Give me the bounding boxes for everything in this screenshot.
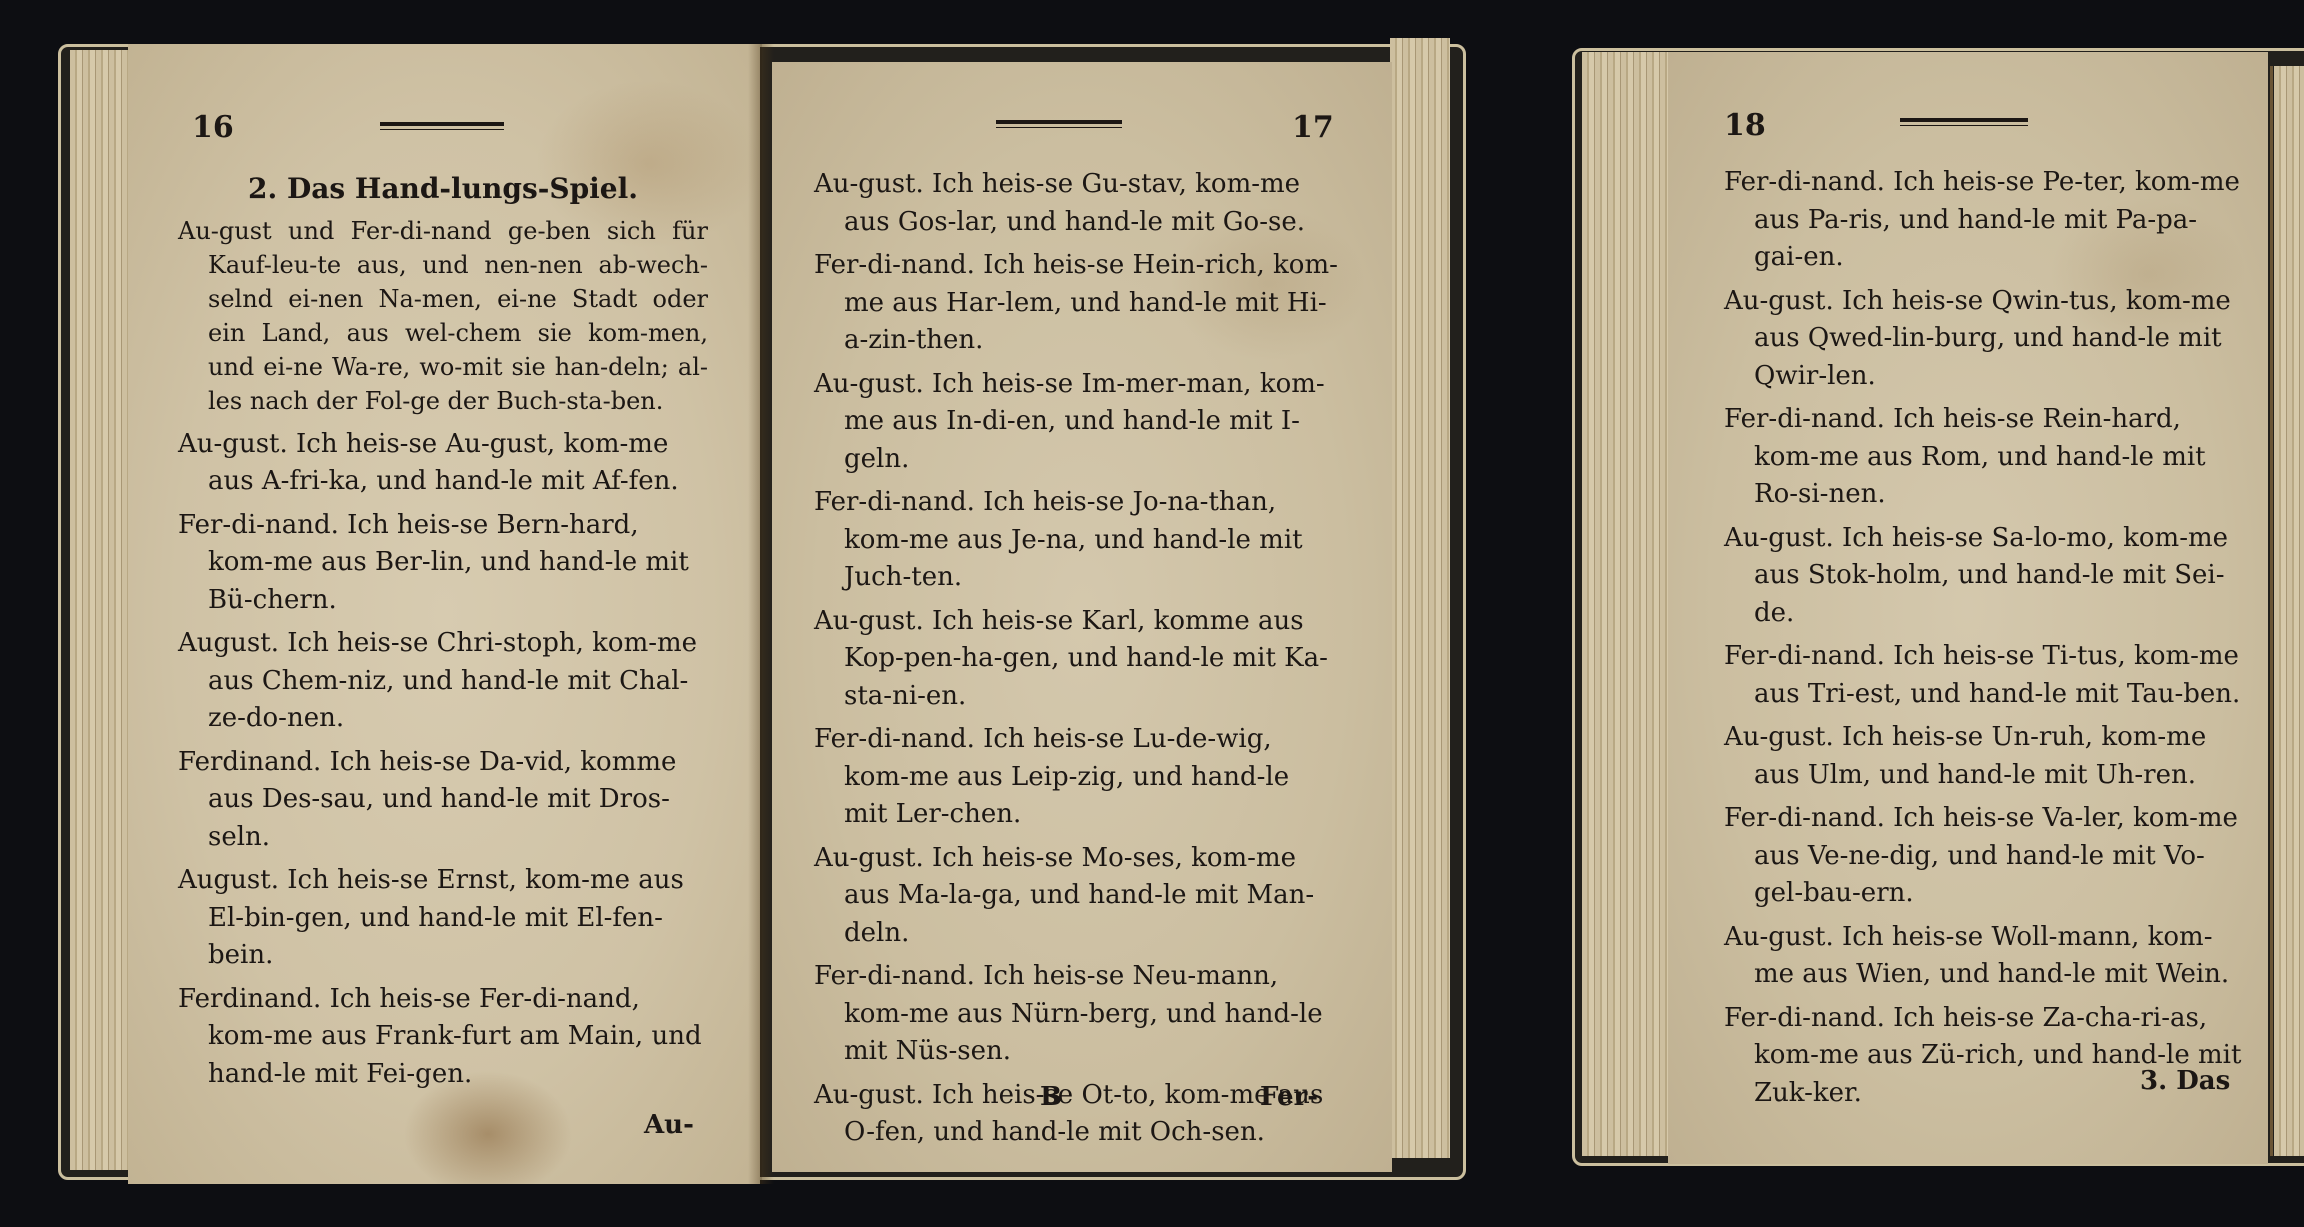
catchword: Au- [644, 1110, 694, 1140]
dialogue-entry: Au-gust. Ich heis-se Gu-stav, kom-me aus… [814, 166, 1340, 241]
speaker: Fer-di-nand. [814, 724, 975, 754]
speaker: Fer-di-nand. [1724, 803, 1885, 833]
dialogue-entry: Fer-di-nand. Ich heis-se Hein-rich, kom-… [814, 247, 1340, 360]
speaker: August. [178, 628, 279, 658]
dialogue-entry: Fer-di-nand. Ich heis-se Neu-mann, kom-m… [814, 958, 1340, 1071]
dialogue-entry: Au-gust. Ich heis-se Im-mer-man, kom-me … [814, 366, 1340, 479]
speaker: Au-gust. [814, 606, 924, 636]
dialogue-entry: Au-gust. Ich heis-se Qwin-tus, kom-me au… [1724, 283, 2244, 396]
speaker: Au-gust. [814, 369, 924, 399]
speaker: Fer-di-nand. [1724, 641, 1885, 671]
dialogue-entry: Fer-di-nand. Ich heis-se Rein-hard, kom-… [1724, 401, 2244, 514]
dialogue-entry: Fer-di-nand. Ich heis-se Va-ler, kom-me … [1724, 800, 2244, 913]
page-edge-line [2270, 66, 2273, 1156]
dialogue-entry: Au-gust. Ich heis-se Sa-lo-mo, kom-me au… [1724, 520, 2244, 633]
page-18: 18 Fer-di-nand. Ich heis-se Pe-ter, kom-… [1668, 52, 2268, 1164]
speaker: Fer-di-nand. [1724, 404, 1885, 434]
section-title: 2. Das Hand-lungs-Spiel. [178, 170, 708, 208]
speaker: Au-gust. [1724, 722, 1834, 752]
page-body: 2. Das Hand-lungs-Spiel. Au-gust und Fer… [178, 170, 708, 1099]
speaker: Fer-di-nand. [1724, 1003, 1885, 1033]
dialogue-entry: Fer-di-nand. Ich heis-se Lu-de-wig, kom-… [814, 721, 1340, 834]
dialogue-entry: Au-gust. Ich heis-se Mo-ses, kom-me aus … [814, 840, 1340, 953]
dialogue-entry: Fer-di-nand. Ich heis-se Ti-tus, kom-me … [1724, 638, 2244, 713]
speaker: August. [178, 865, 279, 895]
dialogue-entry: Fer-di-nand. Ich heis-se Jo-na-than, kom… [814, 484, 1340, 597]
page-number: 16 [192, 110, 234, 145]
dialogue-entry: August. Ich heis-se Chri-stoph, kom-me a… [178, 625, 708, 738]
speaker: Fer-di-nand. [814, 487, 975, 517]
speaker: Au-gust. [814, 169, 924, 199]
page-number: 18 [1724, 108, 1766, 143]
page-body: Au-gust. Ich heis-se Gu-stav, kom-me aus… [814, 166, 1340, 1158]
dialogue-entry: Fer-di-nand. Ich heis-se Pe-ter, kom-me … [1724, 164, 2244, 277]
intro-paragraph: Au-gust und Fer-di-nand ge-ben sich für … [178, 214, 708, 418]
speaker: Au-gust. [178, 429, 288, 459]
header-rule [996, 120, 1122, 128]
header-rule [380, 122, 504, 130]
dialogue-entry: Ferdinand. Ich heis-se Fer-di-nand, kom-… [178, 981, 708, 1094]
speaker: Au-gust. [1724, 922, 1834, 952]
speaker: Au-gust. [1724, 523, 1834, 553]
speaker: Au-gust. [814, 843, 924, 873]
entry-text: Ich heis-se Ernst, kom-me aus El-bin-gen… [208, 865, 684, 970]
page-stack-left [70, 50, 130, 1170]
dialogue-entry: Au-gust. Ich heis-se Au-gust, kom-me aus… [178, 426, 708, 501]
page-17: 17 Au-gust. Ich heis-se Gu-stav, kom-me … [772, 62, 1392, 1172]
speaker: Fer-di-nand. [178, 510, 339, 540]
page-stack-right [2274, 66, 2304, 1156]
speaker: Fer-di-nand. [814, 250, 975, 280]
dialogue-entry: August. Ich heis-se Ernst, kom-me aus El… [178, 862, 708, 975]
page-number: 17 [1292, 110, 1334, 145]
speaker: Au-gust. [1724, 286, 1834, 316]
dialogue-entry: Au-gust. Ich heis-se Karl, komme aus Kop… [814, 603, 1340, 716]
speaker: Au-gust. [814, 1080, 924, 1110]
speaker: Ferdinand. [178, 984, 321, 1014]
page-stack-right [1390, 38, 1450, 1158]
dialogue-entry: Ferdinand. Ich heis-se Da-vid, komme aus… [178, 744, 708, 857]
dialogue-entry: Fer-di-nand. Ich heis-se Bern-hard, kom-… [178, 507, 708, 620]
page-stack-left [1582, 52, 1672, 1156]
header-rule [1900, 118, 2028, 126]
speaker: Fer-di-nand. [814, 961, 975, 991]
catchword: 3. Das [2140, 1066, 2230, 1096]
dialogue-entry: Au-gust. Ich heis-se Un-ruh, kom-me aus … [1724, 719, 2244, 794]
page-body: Fer-di-nand. Ich heis-se Pe-ter, kom-me … [1724, 164, 2244, 1118]
page-16: 16 2. Das Hand-lungs-Spiel. Au-gust und … [128, 44, 760, 1184]
speaker: Ferdinand. [178, 747, 321, 777]
dialogue-entry: Au-gust. Ich heis-se Woll-mann, kom-me a… [1724, 919, 2244, 994]
entry-text: Ich heis-se Chri-stoph, kom-me aus Chem-… [208, 628, 697, 733]
catchword: Fer- [1260, 1082, 1318, 1112]
book-gutter [748, 44, 774, 1184]
signature-mark: B [1040, 1082, 1062, 1112]
speaker: Fer-di-nand. [1724, 167, 1885, 197]
